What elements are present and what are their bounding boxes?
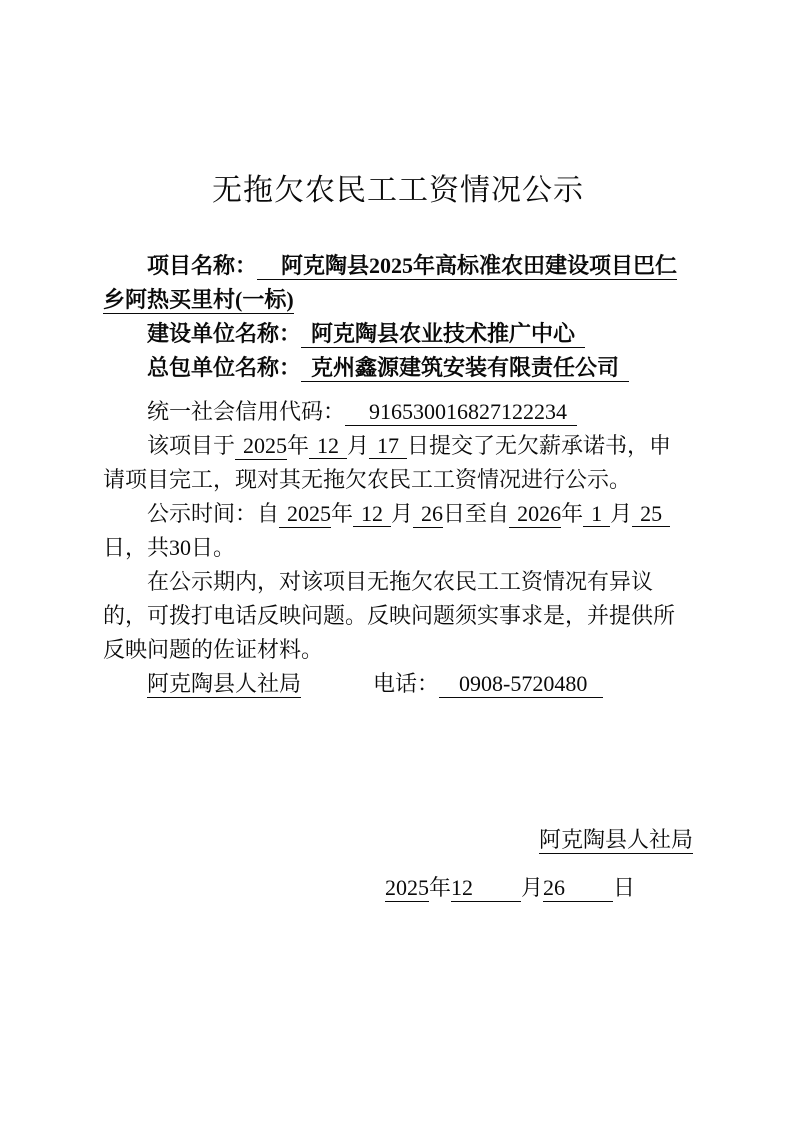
- contractor-line: 总包单位名称：克州鑫源建筑安装有限责任公司: [103, 351, 693, 385]
- publicity-y1: 年: [331, 501, 353, 526]
- signature-org: 阿克陶县人社局: [539, 827, 693, 854]
- publicity-start-year: 2025: [279, 501, 331, 528]
- signature-date-line: 2025年12月26日: [103, 871, 693, 905]
- signature-day-unit: 日: [613, 875, 635, 900]
- commitment-year-unit: 年: [287, 433, 309, 458]
- signature-org-line: 阿克陶县人社局: [103, 823, 693, 857]
- publicity-post: 日，共30日。: [103, 535, 235, 560]
- publicity-end-month: 1: [583, 501, 610, 527]
- objection-paragraph: 在公示期内，对该项目无拖欠农民工工资情况有异议的，可拨打电话反映问题。反映问题须…: [103, 565, 693, 667]
- commitment-paragraph: 该项目于2025年12月17日提交了无欠薪承诺书，申请项目完工，现对其无拖欠农民…: [103, 429, 693, 497]
- commitment-year: 2025: [235, 433, 287, 460]
- page-title: 无拖欠农民工工资情况公示: [103, 173, 693, 209]
- builder-value: 阿克陶县农业技术推广中心: [301, 321, 585, 348]
- credit-code-label: 统一社会信用代码：: [147, 399, 345, 424]
- signature-year-unit: 年: [429, 875, 451, 900]
- notice-page: 无拖欠农民工工资情况公示 项目名称：阿克陶县2025年高标准农田建设项目巴仁乡阿…: [0, 0, 793, 1122]
- contact-line: 阿克陶县人社局电话：0908-5720480: [103, 667, 693, 701]
- publicity-pre: 公示时间：自: [147, 501, 279, 526]
- publicity-start-month: 12: [353, 501, 391, 527]
- publicity-end-year: 2026: [509, 501, 561, 528]
- publicity-mid: 日至自: [443, 501, 509, 526]
- signature-day: 26: [543, 875, 613, 902]
- commitment-day: 17: [369, 433, 407, 459]
- credit-code-value: 916530016827122234: [345, 399, 577, 426]
- phone-number: 0908-5720480: [439, 671, 603, 698]
- signature-month-unit: 月: [521, 875, 543, 900]
- publicity-period-paragraph: 公示时间：自2025年12月26日至自2026年1月25日，共30日。: [103, 497, 693, 565]
- contact-org: 阿克陶县人社局: [147, 671, 301, 698]
- builder-label: 建设单位名称：: [147, 321, 301, 346]
- publicity-end-day: 25: [632, 501, 670, 527]
- credit-code-line: 统一社会信用代码：916530016827122234: [103, 395, 693, 429]
- publicity-y2: 年: [561, 501, 583, 526]
- signature-year: 2025: [385, 875, 429, 902]
- contractor-value: 克州鑫源建筑安装有限责任公司: [301, 355, 629, 382]
- commitment-month-unit: 月: [347, 433, 369, 458]
- commitment-month: 12: [309, 433, 347, 459]
- phone-label: 电话：: [373, 671, 439, 696]
- contractor-label: 总包单位名称：: [147, 355, 301, 380]
- project-name-label: 项目名称：: [147, 253, 257, 278]
- publicity-start-day: 26: [413, 501, 443, 528]
- commitment-pre: 该项目于: [147, 433, 235, 458]
- project-name-line: 项目名称：阿克陶县2025年高标准农田建设项目巴仁乡阿热买里村(一标): [103, 249, 693, 317]
- publicity-m1: 月: [391, 501, 413, 526]
- builder-line: 建设单位名称：阿克陶县农业技术推广中心: [103, 317, 693, 351]
- publicity-m2: 月: [610, 501, 632, 526]
- signature-month: 12: [451, 875, 521, 902]
